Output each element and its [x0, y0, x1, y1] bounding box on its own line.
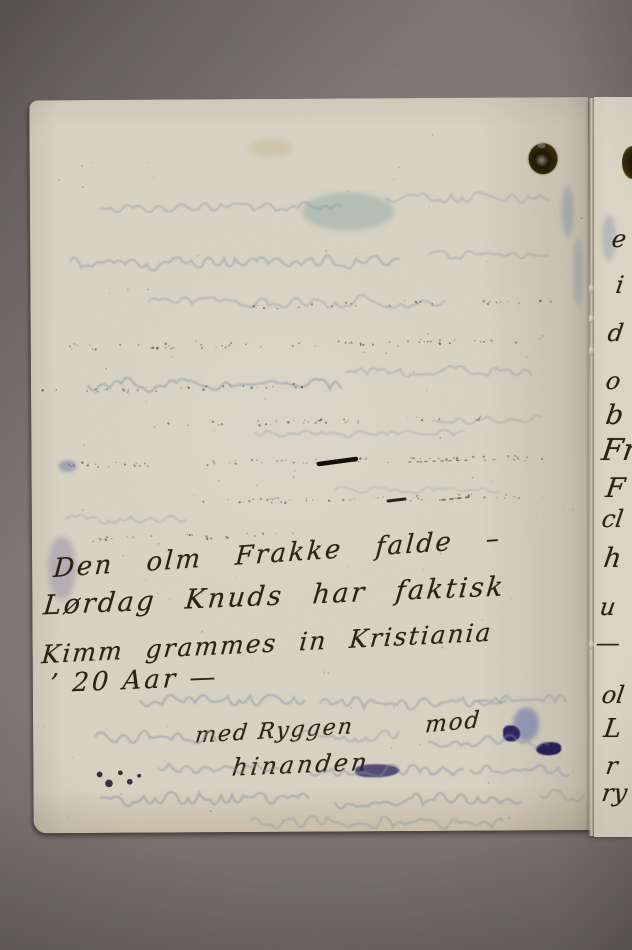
gutter-blue-stain: [562, 185, 574, 237]
handwriting-line: ’ 20 Aar —: [49, 662, 220, 699]
blue-showthrough-patch: [302, 192, 394, 231]
handwriting-line: Kimm grammes in Kristiania: [40, 618, 493, 670]
left-page: Den olm Frakke falde – Lørdag Knuds har …: [29, 97, 592, 833]
tan-stain: [248, 139, 292, 157]
letter-fragment: cl: [600, 505, 625, 533]
violet-ink-blot: [513, 707, 539, 741]
letter-fragment: ry: [600, 779, 629, 807]
letter-fragment: F: [604, 473, 627, 504]
letter-fragment: u: [598, 593, 617, 621]
letter-fragment: h: [602, 543, 624, 574]
handwriting-line: med Ryggen: [194, 714, 356, 749]
letter-fragment: Fr: [600, 433, 632, 468]
letter-fragment: i: [614, 271, 626, 299]
handwriting-line: hinanden: [230, 748, 371, 782]
notebook-photograph: Den olm Frakke falde – Lørdag Knuds har …: [0, 0, 632, 950]
right-page: e i d o b Fr F cl h u — ol L r ry: [594, 97, 632, 837]
letter-fragment: L: [602, 714, 623, 744]
ink-blot-hole: [528, 143, 557, 174]
violet-ink-blot: [503, 725, 520, 741]
letter-fragment: o: [604, 367, 622, 395]
margin-blue-mark: [58, 460, 76, 472]
letter-fragment: b: [604, 400, 626, 431]
letter-fragment: r: [604, 752, 619, 780]
gutter-blue-stain: [573, 237, 583, 307]
violet-ink-blot: [536, 742, 561, 755]
ink-speck-cluster: [93, 764, 145, 794]
letter-fragment: e: [610, 225, 628, 253]
letter-fragment: d: [606, 319, 625, 347]
letter-fragment: ol: [600, 681, 626, 709]
letter-fragment: —: [594, 629, 622, 657]
handwriting-line: mod: [424, 707, 482, 739]
